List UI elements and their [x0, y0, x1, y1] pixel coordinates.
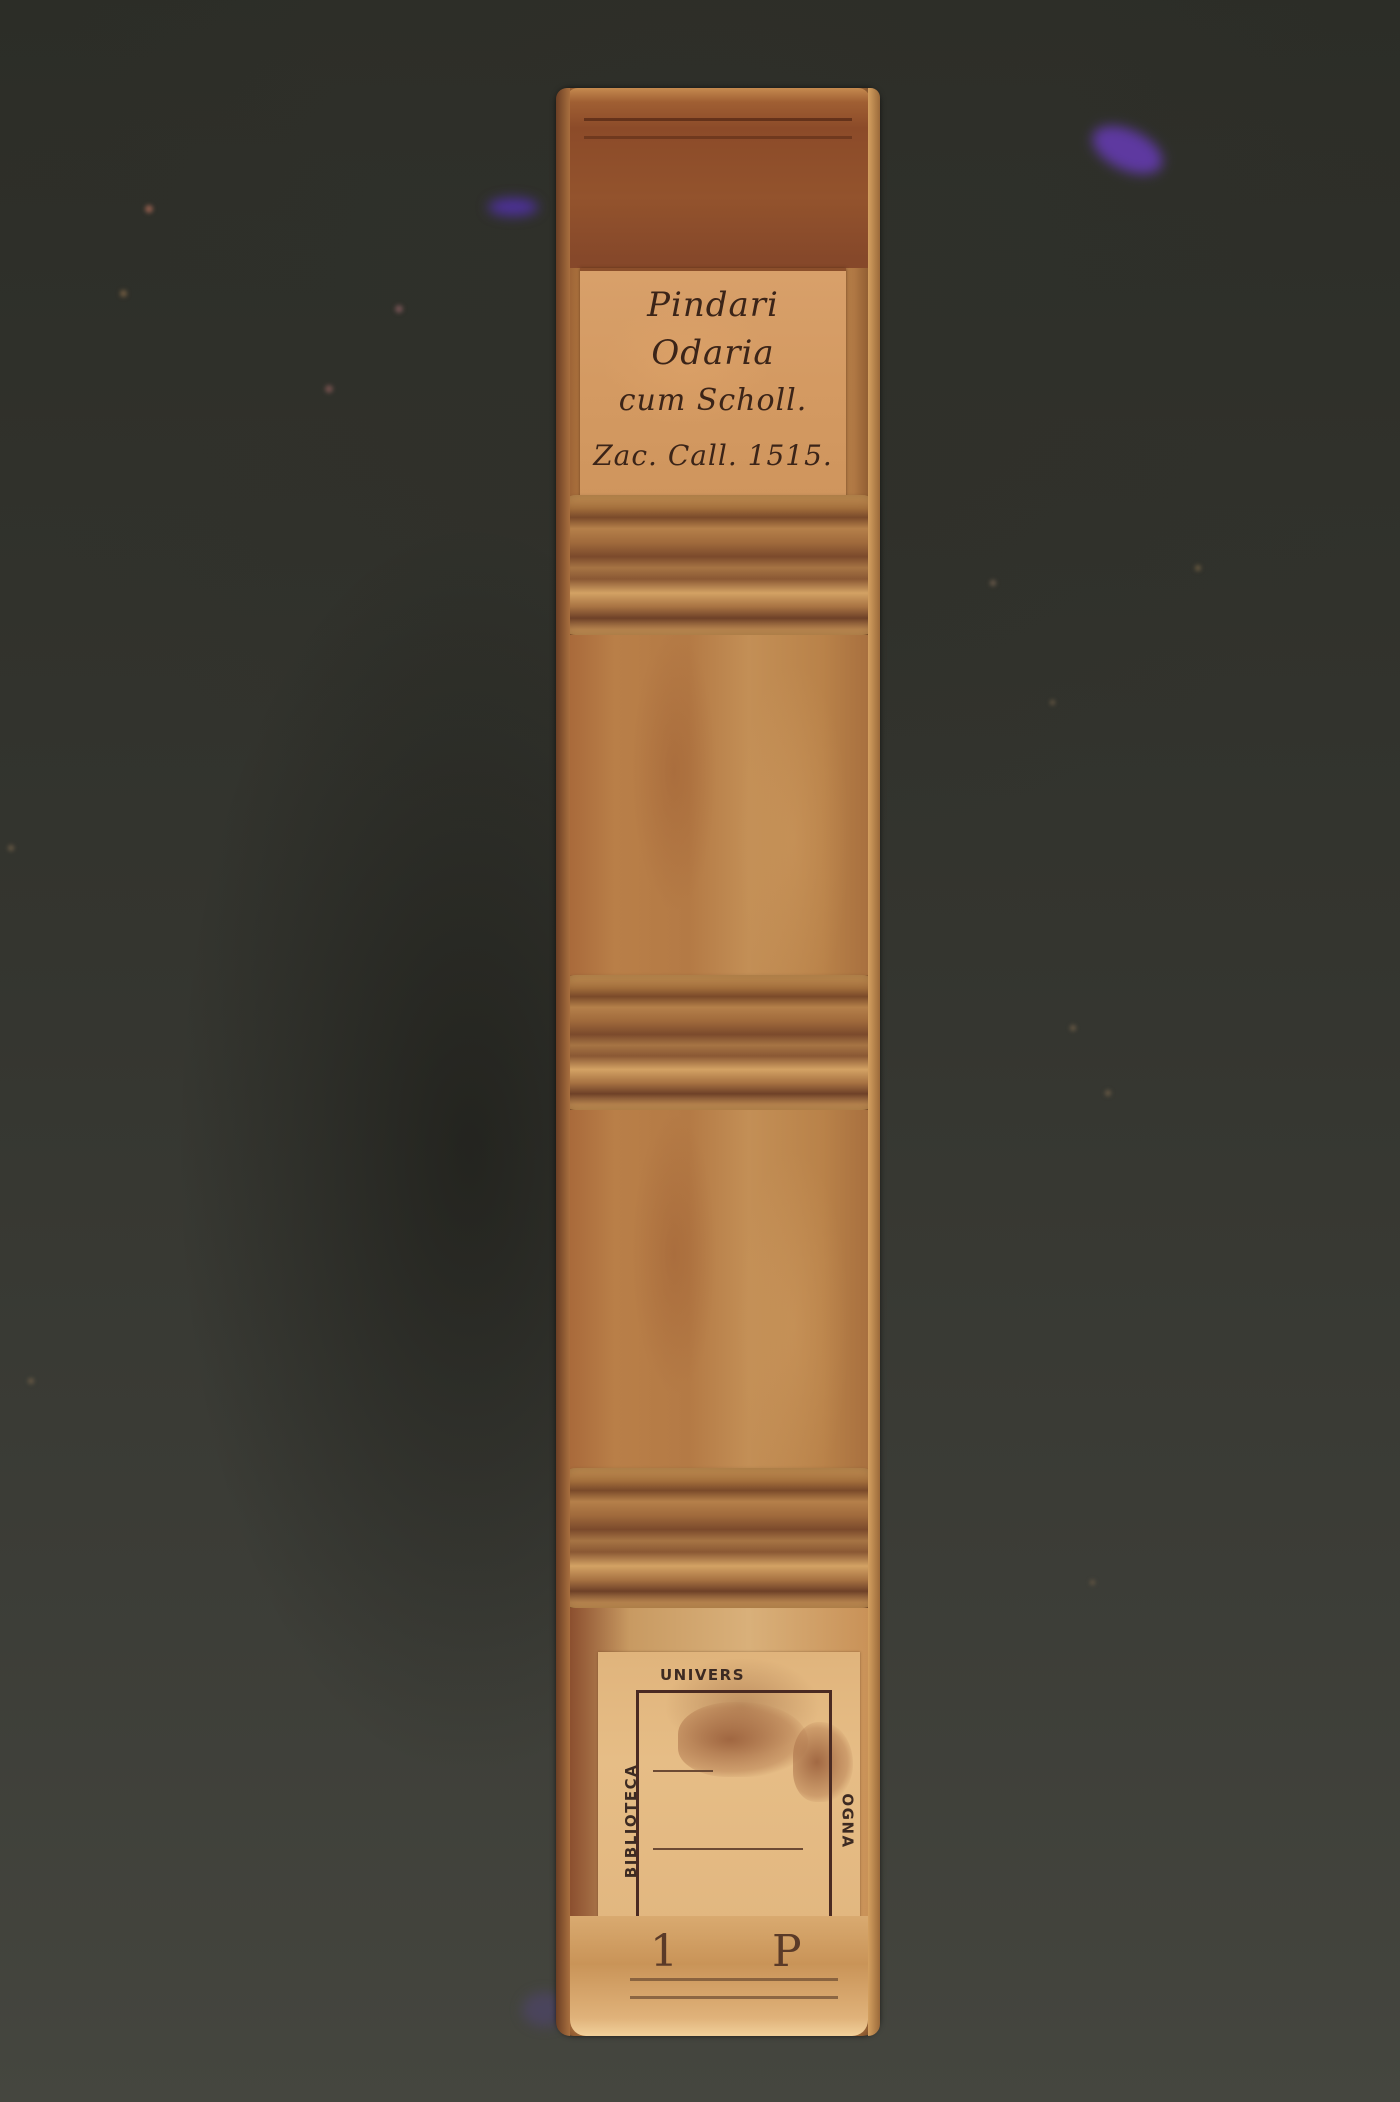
- spine-title-label: Pindari Odaria cum Scholl. Zac. Call. 15…: [580, 268, 846, 503]
- dust-speck: [1090, 1580, 1095, 1585]
- title-line-2: Odaria: [580, 333, 846, 373]
- tooled-line: [630, 1996, 838, 1999]
- dust-speck: [145, 205, 153, 213]
- label-rule: [653, 1770, 713, 1772]
- spine-head-compartment: [566, 88, 870, 268]
- label-frame: [636, 1690, 832, 1926]
- spine-edge-left: [556, 88, 570, 2036]
- dust-speck: [8, 845, 14, 851]
- label-rule: [653, 1848, 803, 1850]
- title-line-4: Zac. Call. 1515.: [580, 439, 846, 472]
- label-text-left: BIBLIOTECA: [622, 1764, 640, 1878]
- tooled-line: [584, 118, 852, 121]
- label-text-right: OGNA: [839, 1793, 857, 1848]
- dust-speck: [1195, 565, 1201, 571]
- raised-band-1: [560, 495, 878, 635]
- title-line-1: Pindari: [580, 285, 846, 325]
- dust-speck: [990, 580, 996, 586]
- spine-tail-compartment: 1 P: [570, 1916, 868, 2036]
- title-line-3: cum Scholl.: [580, 383, 846, 418]
- label-text-top: UNIVERS: [660, 1666, 745, 1684]
- dust-speck: [1105, 1090, 1111, 1096]
- raised-band-2: [560, 975, 878, 1110]
- tooled-line: [584, 136, 852, 139]
- tail-ink-mark: 1 P: [650, 1926, 842, 1977]
- spine-compartment-2: [570, 635, 868, 975]
- photo-canvas: { "scene": { "subject": "Book spine of a…: [0, 0, 1400, 2102]
- dust-speck: [325, 385, 333, 393]
- dust-speck: [395, 305, 403, 313]
- dust-speck: [28, 1378, 34, 1384]
- dust-speck: [120, 290, 127, 297]
- spine-edge-right: [868, 88, 880, 2036]
- tooled-line: [630, 1978, 838, 1981]
- spine-compartment-3: [570, 1110, 868, 1470]
- purple-lint: [488, 198, 538, 216]
- dust-speck: [1070, 1025, 1076, 1031]
- purple-lint: [1085, 116, 1170, 184]
- raised-band-3: [560, 1468, 878, 1608]
- library-shelf-label: UNIVERS BIBLIOTECA OGNA: [598, 1652, 860, 1922]
- dust-speck: [1050, 700, 1055, 705]
- book-spine: Pindari Odaria cum Scholl. Zac. Call. 15…: [556, 88, 880, 2036]
